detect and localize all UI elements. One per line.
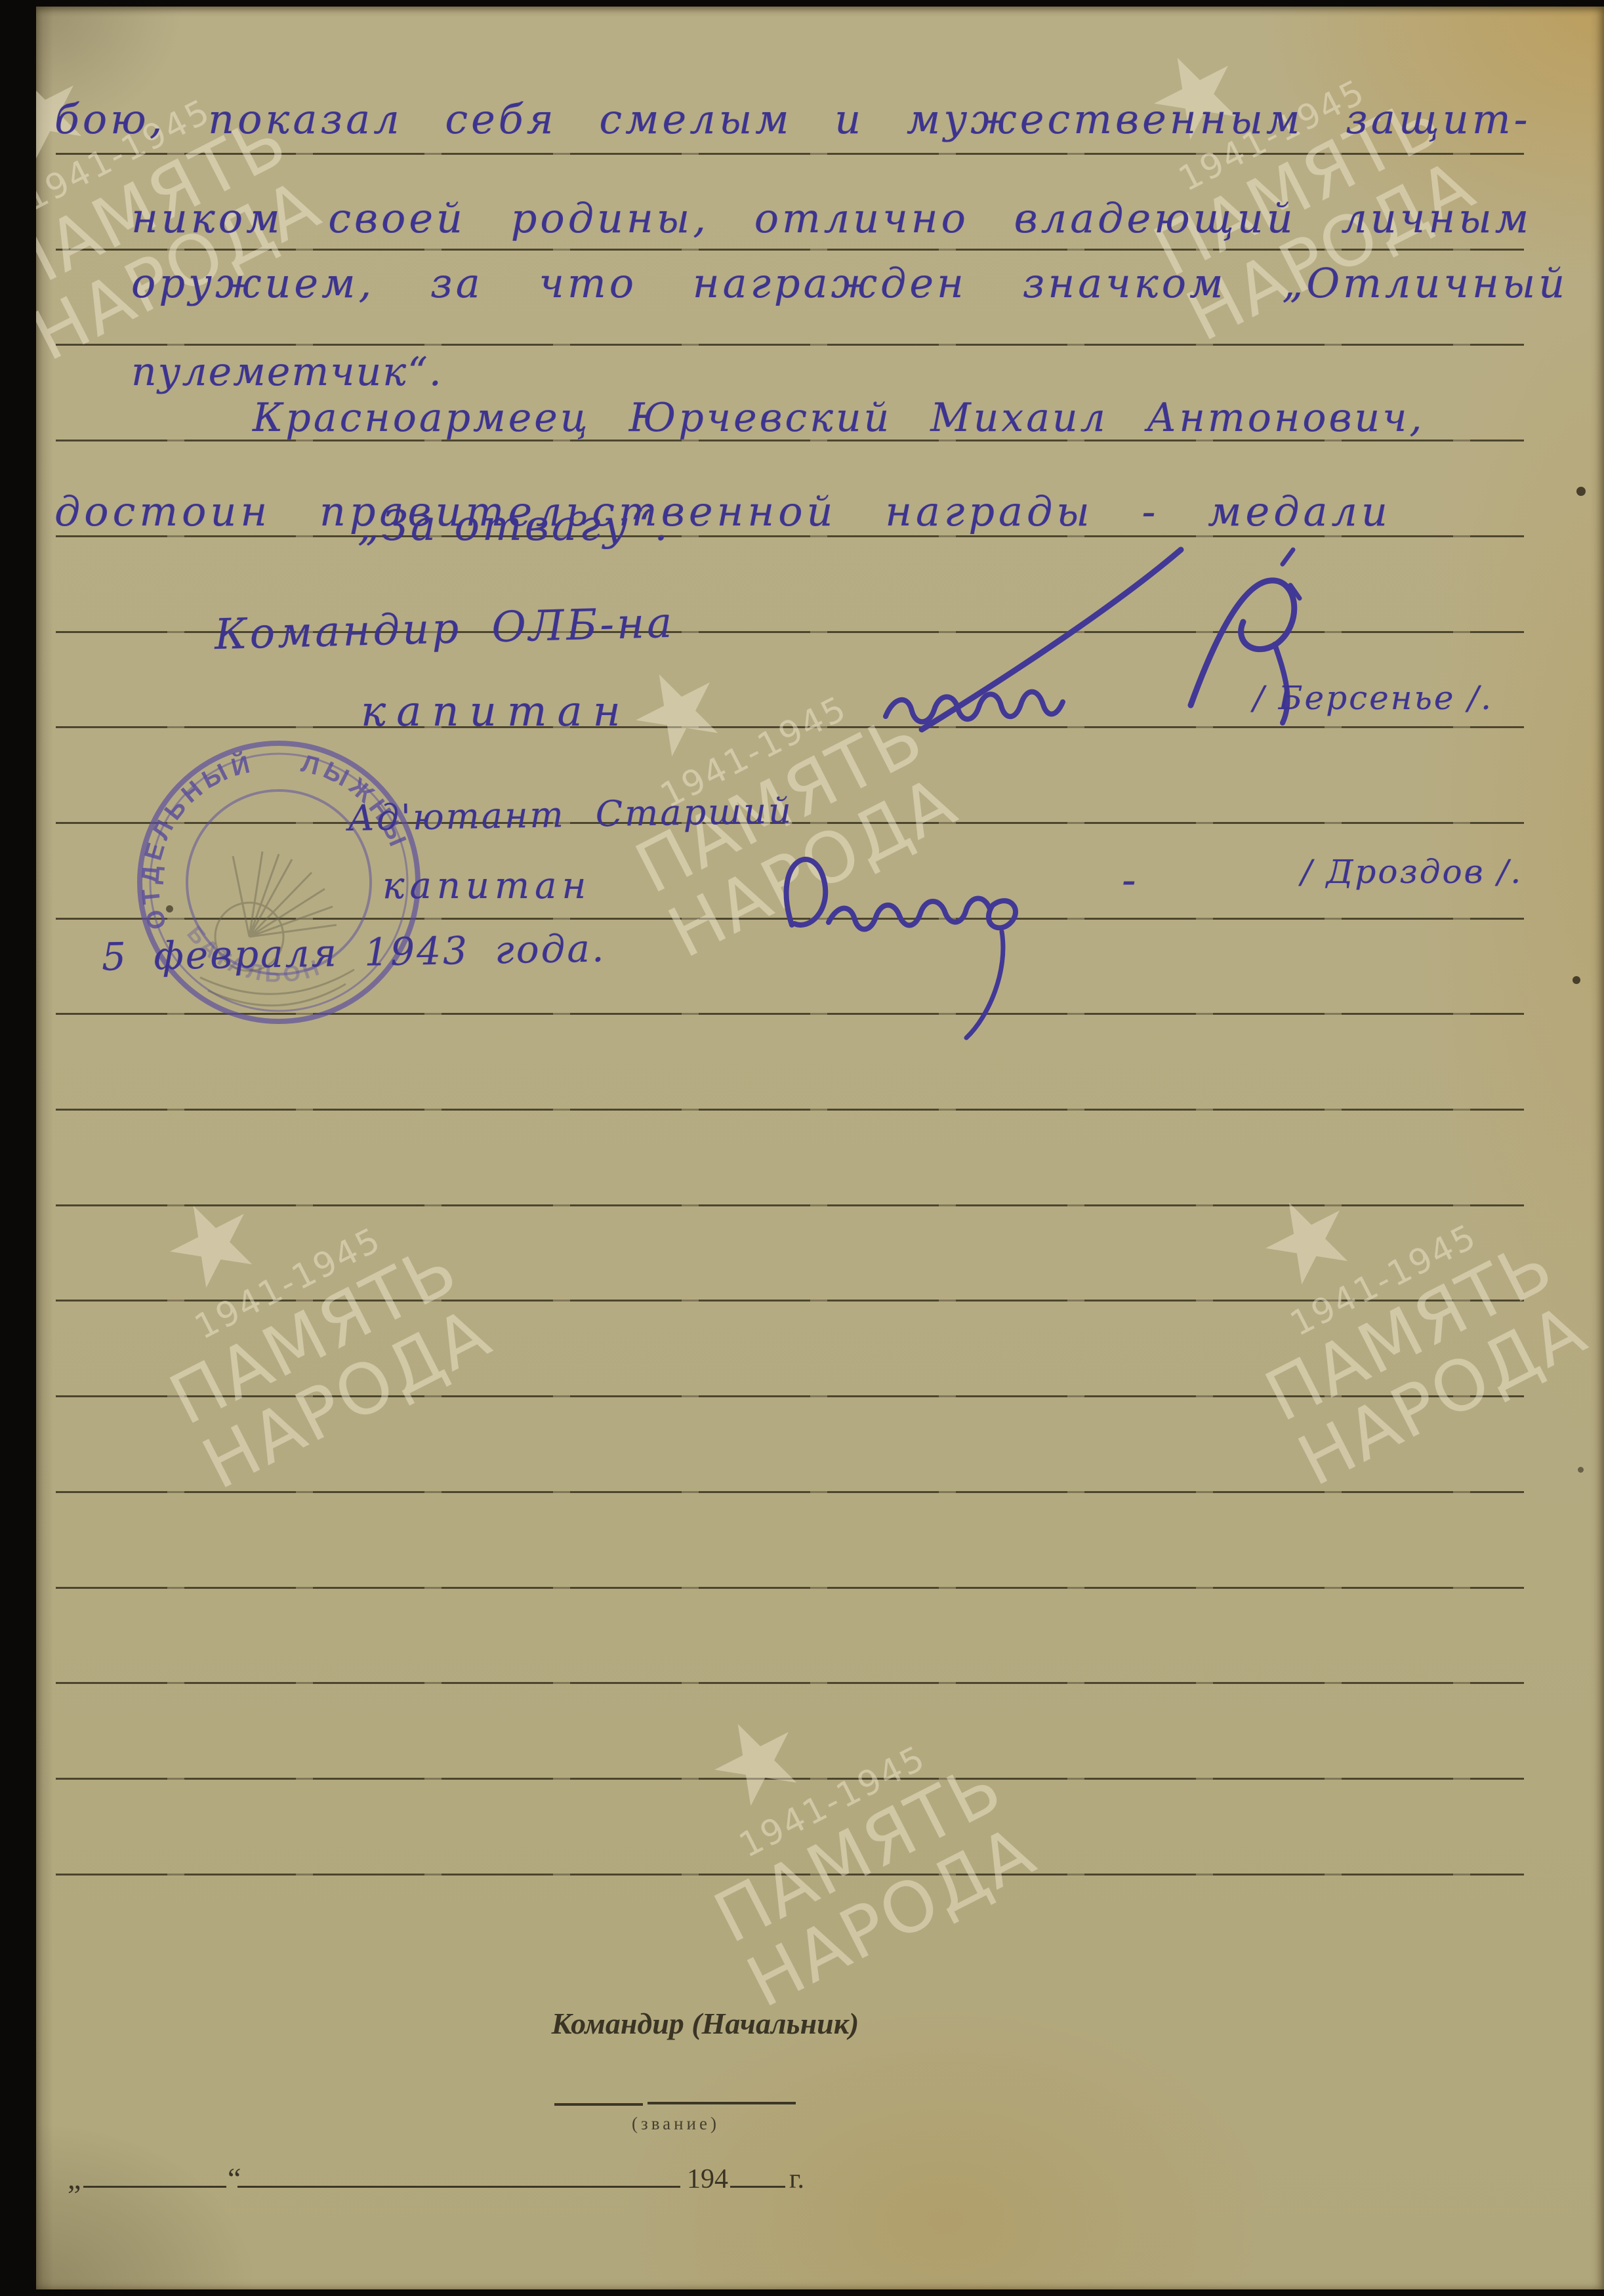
signature2-name: / Дроздов /. bbox=[1301, 853, 1523, 891]
ruled-line bbox=[56, 1395, 1524, 1397]
star-icon: ★ bbox=[615, 1656, 899, 1865]
rank-caption: (звание) bbox=[613, 2114, 738, 2134]
watermark: ★ 1941-1945 ПАМЯТЬ НАРОДА bbox=[70, 1094, 527, 1515]
signature1-rank: капитан bbox=[361, 687, 631, 736]
watermark-word1: ПАМЯТЬ bbox=[1229, 1216, 1590, 1446]
handwriting-line: оружием, за что награжден значком „Отлич… bbox=[131, 259, 1568, 307]
signature2-role: Ад'ютант Старший bbox=[348, 790, 794, 839]
star-icon: ★ bbox=[70, 1138, 354, 1347]
year-suffix: г. bbox=[789, 2163, 804, 2195]
star-icon: ★ bbox=[1166, 1135, 1450, 1343]
watermark-years: 1941-1945 bbox=[1211, 1179, 1556, 1381]
watermark-word2: НАРОДА bbox=[711, 1801, 1071, 2032]
handwriting-line: „За отвагу“. bbox=[358, 502, 670, 550]
handwriting-line: бою, показал себя смелым и мужественным … bbox=[54, 95, 1531, 143]
watermark-years: 1941-1945 bbox=[660, 1700, 1005, 1902]
document-page: ★ 1941-1945 ПАМЯТЬ НАРОДА ★ 1941-1945 ПА… bbox=[36, 7, 1604, 2289]
watermark-word2: НАРОДА bbox=[167, 1283, 527, 1514]
commander-label: Командир (Начальник) bbox=[548, 2006, 863, 2041]
watermark-word1: ПАМЯТЬ bbox=[678, 1737, 1038, 1968]
handwriting-line: пулеметчик“. bbox=[131, 349, 443, 395]
ruled-line bbox=[56, 1874, 1524, 1876]
ruled-line bbox=[56, 1682, 1524, 1684]
rank-underline bbox=[648, 2102, 796, 2104]
signature2-rank: капитан bbox=[382, 865, 591, 907]
date-open-quote: „ bbox=[68, 2161, 81, 2196]
date-handwritten: 5 февраля 1943 года. bbox=[101, 926, 606, 979]
handwriting-line: достоин правительственной награды - меда… bbox=[54, 487, 1391, 535]
ruled-line bbox=[56, 1491, 1524, 1493]
watermark-word2: НАРОДА bbox=[1151, 135, 1511, 366]
paper-speck bbox=[1578, 1467, 1584, 1473]
year-stub: 194 bbox=[687, 2163, 728, 2195]
signature2-dash: - bbox=[1122, 856, 1136, 905]
signature1-name: / Берсенье /. bbox=[1253, 679, 1493, 717]
paper-speck bbox=[1576, 487, 1586, 496]
watermark-word1: ПАМЯТЬ bbox=[134, 1219, 494, 1450]
ruled-line bbox=[56, 1204, 1524, 1206]
paper-speck bbox=[1573, 976, 1580, 984]
ruled-line bbox=[56, 249, 1524, 251]
signature2-autograph bbox=[731, 820, 1204, 1043]
rank-underline bbox=[554, 2103, 643, 2106]
date-close-quote: “ bbox=[228, 2161, 241, 2196]
scan-background: ★ 1941-1945 ПАМЯТЬ НАРОДА ★ 1941-1945 ПА… bbox=[0, 0, 1604, 2296]
handwriting-line: Красноармеец Юрчевский Михаил Антонович, bbox=[253, 395, 1425, 441]
date-day-line bbox=[83, 2186, 226, 2188]
ruled-line bbox=[56, 1300, 1524, 1302]
watermark-years: 1941-1945 bbox=[115, 1182, 461, 1384]
ruled-line bbox=[56, 344, 1524, 346]
signature1-autograph bbox=[823, 544, 1309, 754]
date-month-line bbox=[237, 2186, 680, 2188]
handwriting-line: ником своей родины, отлично владеющий ли… bbox=[131, 194, 1532, 242]
ruled-line bbox=[56, 1587, 1524, 1589]
ruled-line bbox=[56, 153, 1524, 155]
paper-speck bbox=[166, 905, 173, 912]
watermark: ★ 1941-1945 ПАМЯТЬ НАРОДА bbox=[615, 1612, 1071, 2033]
ruled-line bbox=[56, 1778, 1524, 1780]
ruled-line bbox=[56, 1109, 1524, 1111]
year-line bbox=[730, 2186, 785, 2188]
ruled-line bbox=[56, 535, 1524, 537]
signature1-role: Командир ОЛБ-на bbox=[214, 599, 675, 659]
watermark: ★ 1941-1945 ПАМЯТЬ НАРОДА bbox=[1054, 7, 1511, 366]
